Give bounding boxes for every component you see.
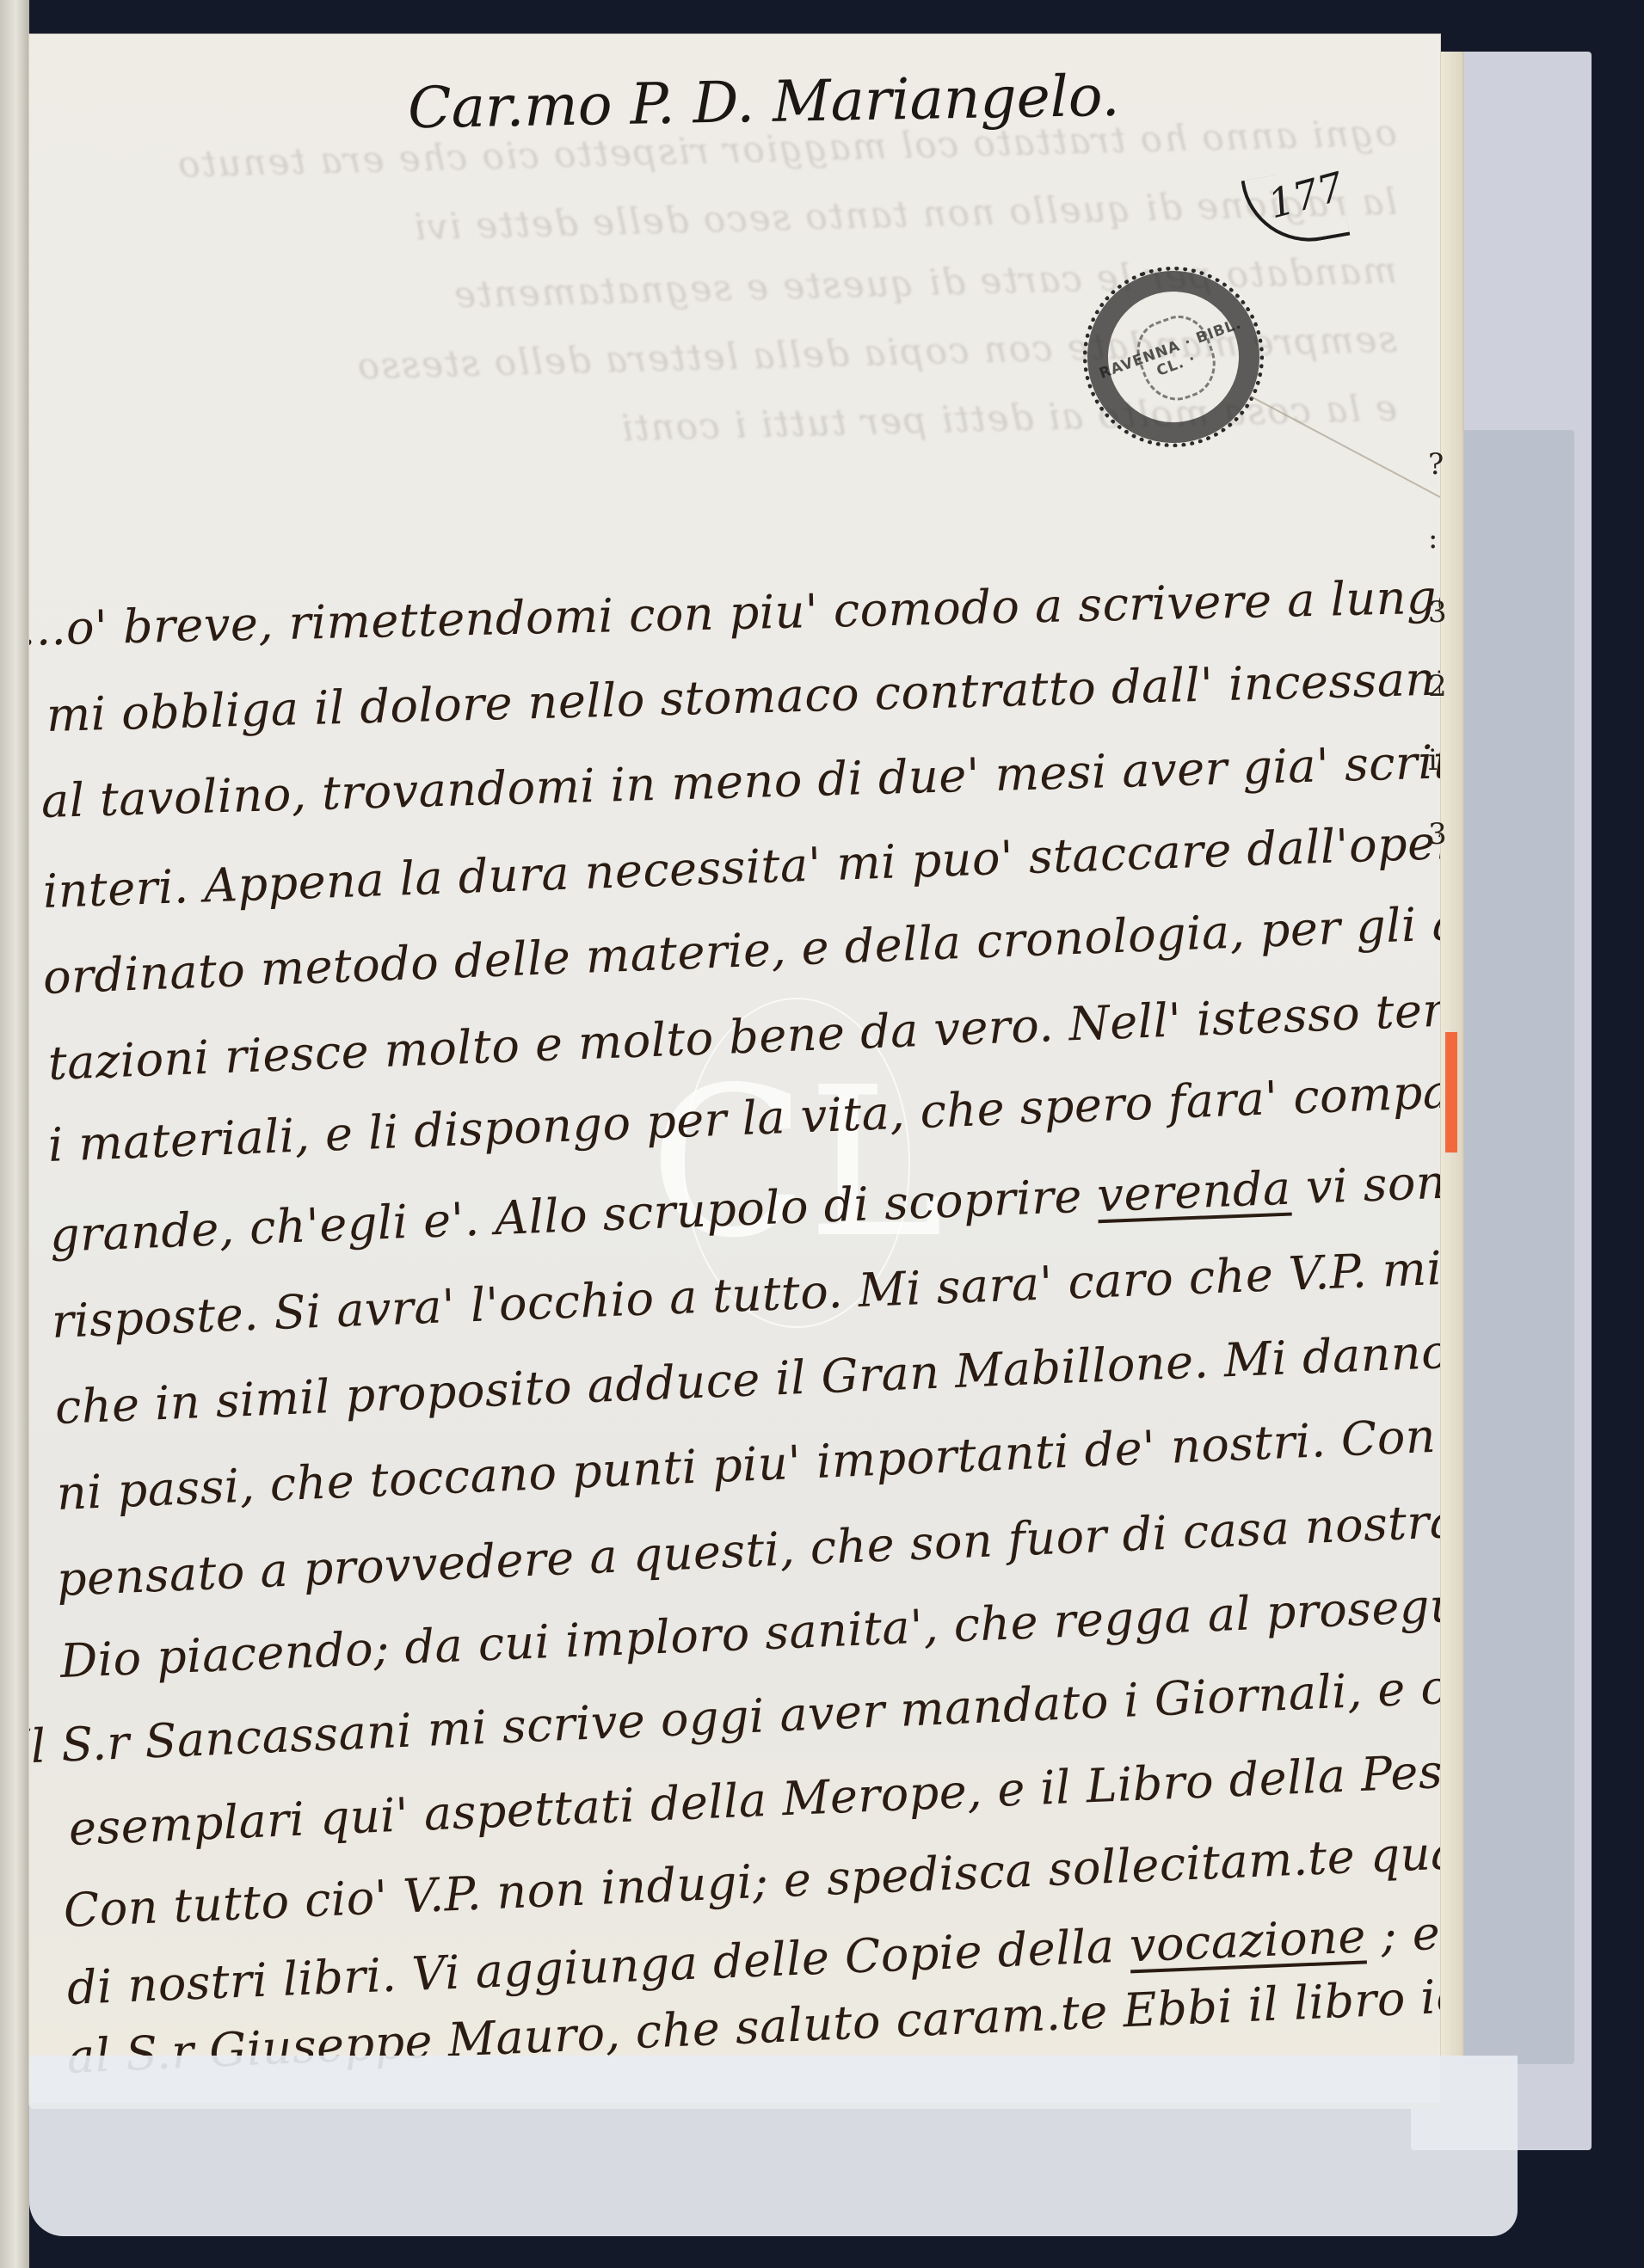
tissue-interleaf-shadow: [1462, 430, 1574, 2064]
book-binding-edge: [0, 0, 29, 2268]
manuscript-page: ogni anno ho trattato col maggior rispet…: [29, 34, 1440, 2108]
red-marker-tab: [1445, 1032, 1457, 1152]
margin-mark: :: [1428, 521, 1454, 556]
letter-salutation: Car.mo P. D. Mariangelo.: [407, 63, 1120, 141]
margin-mark: 3: [1428, 595, 1454, 630]
letter-line: al tavolino, trovandomi in meno di due' …: [40, 724, 1440, 828]
letter-line-part: vi son pronte, e sode le: [1305, 1139, 1440, 1214]
margin-mark: 2: [1428, 669, 1454, 704]
bleed-through-text: la ragione di quello non tanto seco dell…: [55, 181, 1398, 258]
letter-line-part: ; e ne parli: [1380, 1898, 1440, 1963]
margin-marks: ? : 3 2 i 3: [1428, 447, 1454, 851]
underlined-word: verenda: [1096, 1161, 1292, 1223]
letter-line: mi obbliga il dolore nello stomaco contr…: [46, 642, 1440, 742]
tissue-interleaf-bottom: [29, 2056, 1518, 2236]
margin-mark: i: [1428, 743, 1454, 778]
margin-mark: 3: [1428, 817, 1454, 851]
letter-line: ...o' breve, rimettendomi con piu' comod…: [29, 562, 1440, 656]
margin-mark: ?: [1428, 447, 1454, 482]
underlined-word: vocazione: [1129, 1908, 1367, 1972]
